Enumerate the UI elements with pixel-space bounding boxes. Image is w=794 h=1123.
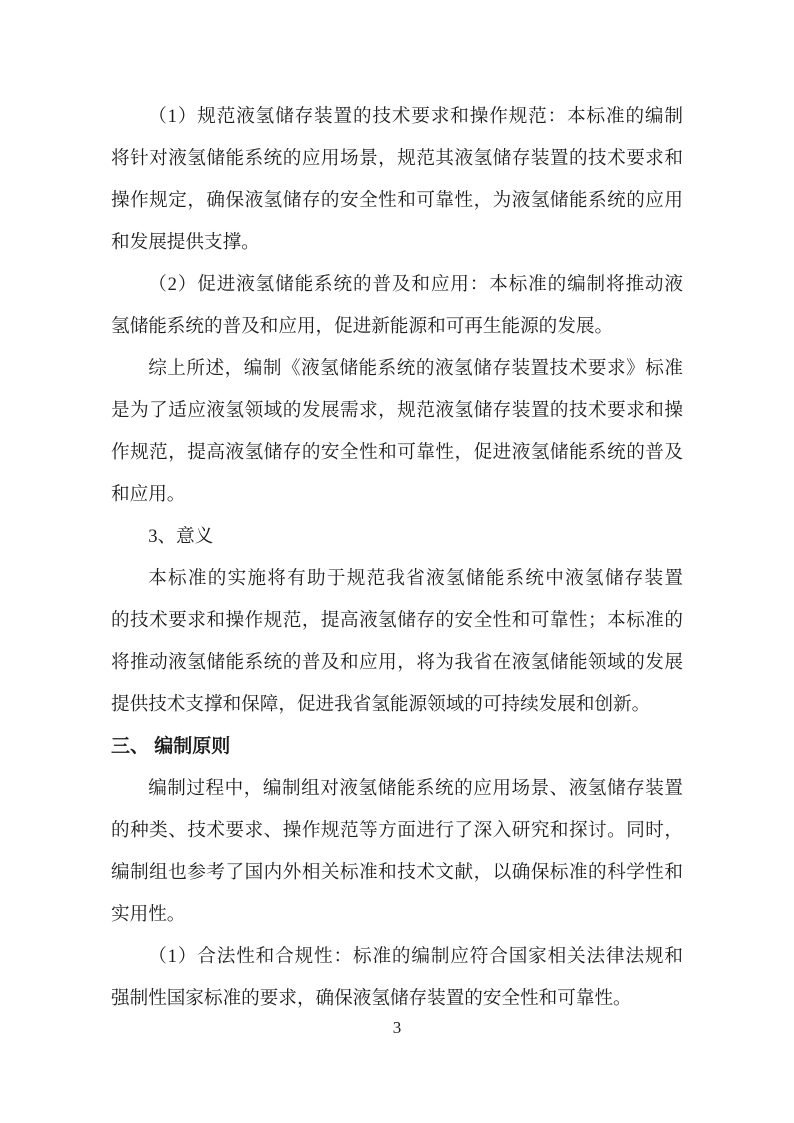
paragraph-line: 实用性。	[111, 894, 683, 936]
sub-heading: 3、意义	[111, 516, 683, 558]
paragraph-line: （2）促进液氢储能系统的普及和应用：本标准的编制将推动液	[111, 264, 683, 306]
paragraph-line: 氢储能系统的普及和应用，促进新能源和可再生能源的发展。	[111, 306, 683, 348]
paragraph-line: 将针对液氢储能系统的应用场景，规范其液氢储存装置的技术要求和	[111, 138, 683, 180]
paragraph-line: 综上所述，编制《液氢储能系统的液氢储存装置技术要求》标准	[111, 348, 683, 390]
paragraph-line: 强制性国家标准的要求，确保液氢储存装置的安全性和可靠性。	[111, 978, 683, 1020]
paragraph-line: 的技术要求和操作规范，提高液氢储存的安全性和可靠性；本标准的	[111, 600, 683, 642]
paragraph-line: 本标准的实施将有助于规范我省液氢储能系统中液氢储存装置	[111, 558, 683, 600]
paragraph-line: 操作规定，确保液氢储存的安全性和可靠性，为液氢储能系统的应用	[111, 180, 683, 222]
paragraph-line: 作规范，提高液氢储存的安全性和可靠性，促进液氢储能系统的普及	[111, 432, 683, 474]
paragraph-line: 编制过程中，编制组对液氢储能系统的应用场景、液氢储存装置	[111, 768, 683, 810]
paragraph-line: 提供技术支撑和保障，促进我省氢能源领域的可持续发展和创新。	[111, 684, 683, 726]
paragraph-line: 将推动液氢储能系统的普及和应用，将为我省在液氢储能领域的发展	[111, 642, 683, 684]
page-number: 3	[0, 1016, 794, 1040]
paragraph-line: 是为了适应液氢领域的发展需求，规范液氢储存装置的技术要求和操	[111, 390, 683, 432]
paragraph-line: 的种类、技术要求、操作规范等方面进行了深入研究和探讨。同时，	[111, 810, 683, 852]
document-page: （1）规范液氢储存装置的技术要求和操作规范：本标准的编制将针对液氢储能系统的应用…	[0, 0, 794, 1123]
paragraph-line: 和应用。	[111, 474, 683, 516]
paragraph-line: 编制组也参考了国内外相关标准和技术文献，以确保标准的科学性和	[111, 852, 683, 894]
document-body: （1）规范液氢储存装置的技术要求和操作规范：本标准的编制将针对液氢储能系统的应用…	[111, 96, 683, 1020]
paragraph-line: （1）合法性和合规性：标准的编制应符合国家相关法律法规和	[111, 936, 683, 978]
section-heading: 三、 编制原则	[111, 726, 683, 768]
paragraph-line: （1）规范液氢储存装置的技术要求和操作规范：本标准的编制	[111, 96, 683, 138]
paragraph-line: 和发展提供支撑。	[111, 222, 683, 264]
